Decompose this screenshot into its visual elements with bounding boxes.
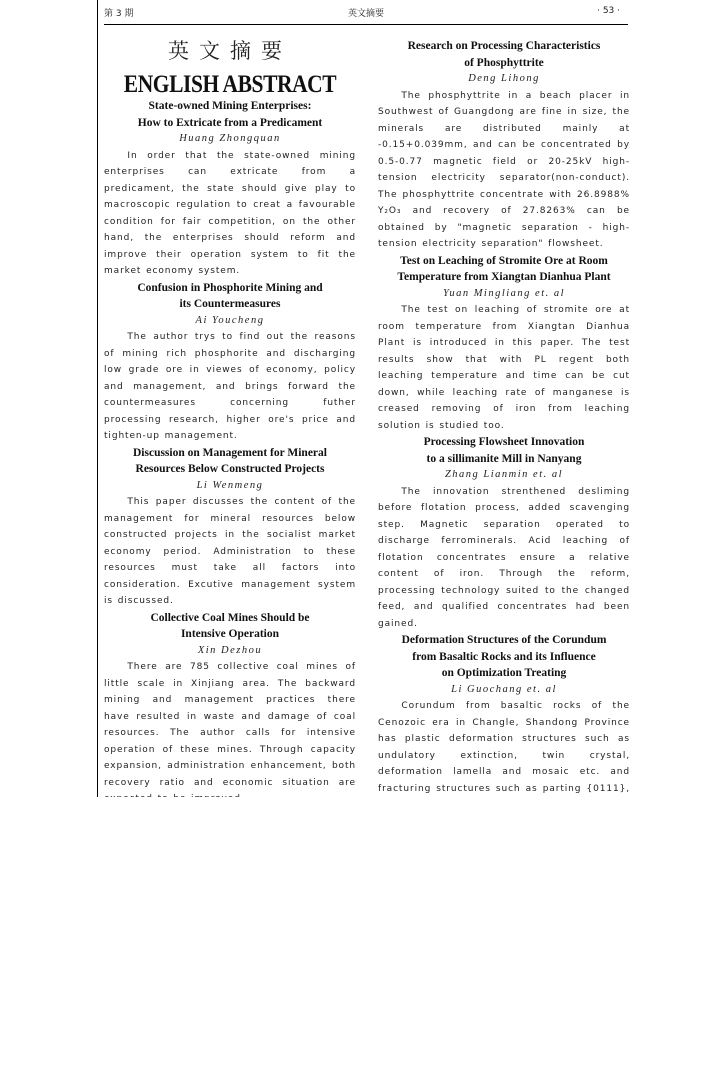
article-author: Li Guochang et. al [378,682,630,699]
article-title-line: to a sillimanite Mill in Nanyang [378,451,630,468]
article-title-line: from Basaltic Rocks and its Influence [378,649,630,666]
article-author: Li Wenmeng [104,478,356,495]
article-title-line: Confusion in Phosphorite Mining and [104,280,356,297]
article-author: Yuan Mingliang et. al [378,286,630,303]
running-head: 第 3 期 英文摘要 · 53 · [104,6,628,20]
article-title-line: State-owned Mining Enterprises: [104,98,356,115]
article-title-line: Collective Coal Mines Should be [104,610,356,627]
abstract-article: Processing Flowsheet Innovation to a sil… [378,434,630,632]
article-title: Test on Leaching of Stromite Ore at Room… [378,253,630,286]
abstract-article: Test on Leaching of Stromite Ore at Room… [378,253,630,435]
article-body: The author trys to find out the reasons … [104,329,356,445]
abstract-article: Collective Coal Mines Should be Intensiv… [104,610,356,798]
article-author: Zhang Lianmin et. al [378,467,630,484]
article-title-line: Intensive Operation [104,626,356,643]
article-title-line: of Phosphyttrite [378,55,630,72]
article-title: State-owned Mining Enterprises: How to E… [104,98,356,131]
article-title-line: How to Extricate from a Predicament [104,115,356,132]
article-author: Ai Youcheng [104,313,356,330]
article-title: Research on Processing Characteristics o… [378,38,630,71]
abstract-article: State-owned Mining Enterprises: How to E… [104,98,356,280]
abstract-article: Discussion on Management for Mineral Res… [104,445,356,610]
article-title-line: Research on Processing Characteristics [378,38,630,55]
article-body: In order that the state-owned mining ent… [104,148,356,280]
page-content: 英文摘要 ENGLISH ABSTRACT State-owned Mining… [98,26,658,797]
article-title: Confusion in Phosphorite Mining and its … [104,280,356,313]
abstract-article: Confusion in Phosphorite Mining and its … [104,280,356,445]
article-title-line: Deformation Structures of the Corundum [378,632,630,649]
left-column: 英文摘要 ENGLISH ABSTRACT State-owned Mining… [104,26,356,797]
article-title-line: on Optimization Treating [378,665,630,682]
article-title-line: Discussion on Management for Mineral [104,445,356,462]
header-rule [104,24,628,25]
article-body: This paper discusses the content of the … [104,494,356,610]
article-body: Corundum from basaltic rocks of the Ceno… [378,698,630,797]
article-author: Huang Zhongquan [104,131,356,148]
article-body: The innovation strenthened desliming bef… [378,484,630,633]
english-abstract-banner: ENGLISH ABSTRACT [122,72,339,98]
page-number: · 53 · [597,6,620,16]
article-body: There are 785 collective coal mines of l… [104,659,356,797]
abstract-article: Research on Processing Characteristics o… [378,38,630,253]
abstract-article: Deformation Structures of the Corundum f… [378,632,630,797]
article-body: The phosphyttrite in a beach placer in S… [378,88,630,253]
article-body: The test on leaching of stromite ore at … [378,302,630,434]
article-title-line: Test on Leaching of Stromite Ore at Room [378,253,630,270]
section-label: 英文摘要 [104,6,628,19]
article-title: Discussion on Management for Mineral Res… [104,445,356,478]
chinese-section-title: 英文摘要 [104,38,356,64]
article-title-line: Resources Below Constructed Projects [104,461,356,478]
article-title: Deformation Structures of the Corundum f… [378,632,630,682]
article-title: Collective Coal Mines Should be Intensiv… [104,610,356,643]
article-title-line: Temperature from Xiangtan Dianhua Plant [378,269,630,286]
right-column: Research on Processing Characteristics o… [378,26,630,797]
article-author: Deng Lihong [378,71,630,88]
article-title-line: Processing Flowsheet Innovation [378,434,630,451]
journal-page: 第 3 期 英文摘要 · 53 · 英文摘要 ENGLISH ABSTRACT … [0,0,718,1081]
article-author: Xin Dezhou [104,643,356,660]
article-title-line: its Countermeasures [104,296,356,313]
article-title: Processing Flowsheet Innovation to a sil… [378,434,630,467]
